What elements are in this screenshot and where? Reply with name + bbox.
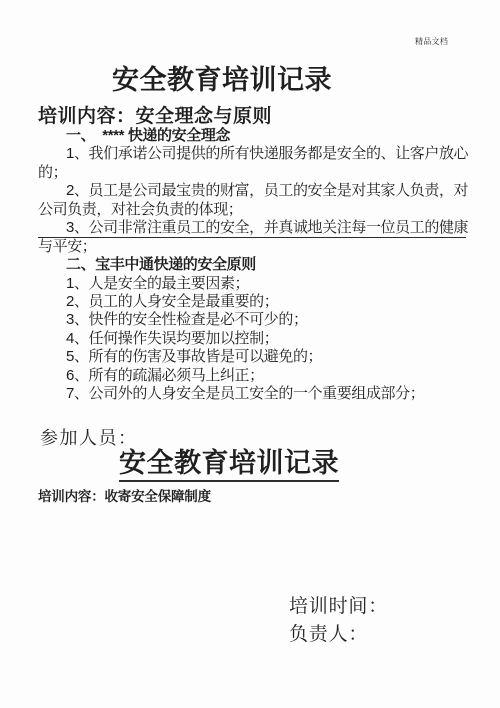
- body-line: 7、公司外的人身安全是员工安全的一个重要组成部分；: [38, 385, 466, 403]
- body-line: 2、员工的人身安全是最重要的；: [38, 293, 466, 311]
- body-line: 公司负责，对社会负责的体现；: [38, 201, 466, 219]
- training-content-heading: 培训内容：安全理念与原则: [38, 101, 272, 128]
- body-line: 与平安；: [38, 238, 466, 256]
- body-line: 3、快件的安全性检查是必不可少的；: [38, 311, 466, 329]
- body-line: 3、公司非常注重员工的安全，并真诚地关注每一位员工的健康: [38, 219, 466, 237]
- body-line: 1、人是安全的最主要因素；: [38, 275, 466, 293]
- body-line: 二、宝丰中通快递的安全原则: [38, 256, 466, 274]
- body-line: 1、我们承诺公司提供的所有快递服务都是安全的、让客户放心: [38, 145, 466, 163]
- signature-block: 培训时间： 负责人：: [289, 593, 388, 649]
- body-line: 一、 **** 快递的安全理念: [38, 127, 466, 145]
- body-line: 2、员工是公司最宝贵的财富，员工的安全是对其家人负责，对: [38, 182, 466, 200]
- body-line: 的；: [38, 164, 466, 182]
- body-line: 6、所有的疏漏必须马上纠正；: [38, 367, 466, 385]
- body-line: 5、所有的伤害及事故皆是可以避免的；: [38, 348, 466, 366]
- manager-label: 负责人：: [289, 621, 388, 649]
- training-content-heading-2: 培训内容：收寄安全保障制度: [38, 485, 211, 505]
- body-line: 4、任何操作失误均要加以控制；: [38, 330, 466, 348]
- training-body-text: 一、 **** 快递的安全理念1、我们承诺公司提供的所有快递服务都是安全的、让客…: [38, 127, 466, 404]
- watermark-text: 精品文档: [415, 36, 448, 47]
- training-time-label: 培训时间：: [289, 593, 388, 621]
- document-title-2: 安全教育培训记录: [119, 447, 339, 482]
- document-page: 精品文档 安全教育培训记录 培训内容：安全理念与原则 一、 **** 快递的安全…: [0, 0, 500, 708]
- document-title: 安全教育培训记录: [112, 64, 332, 96]
